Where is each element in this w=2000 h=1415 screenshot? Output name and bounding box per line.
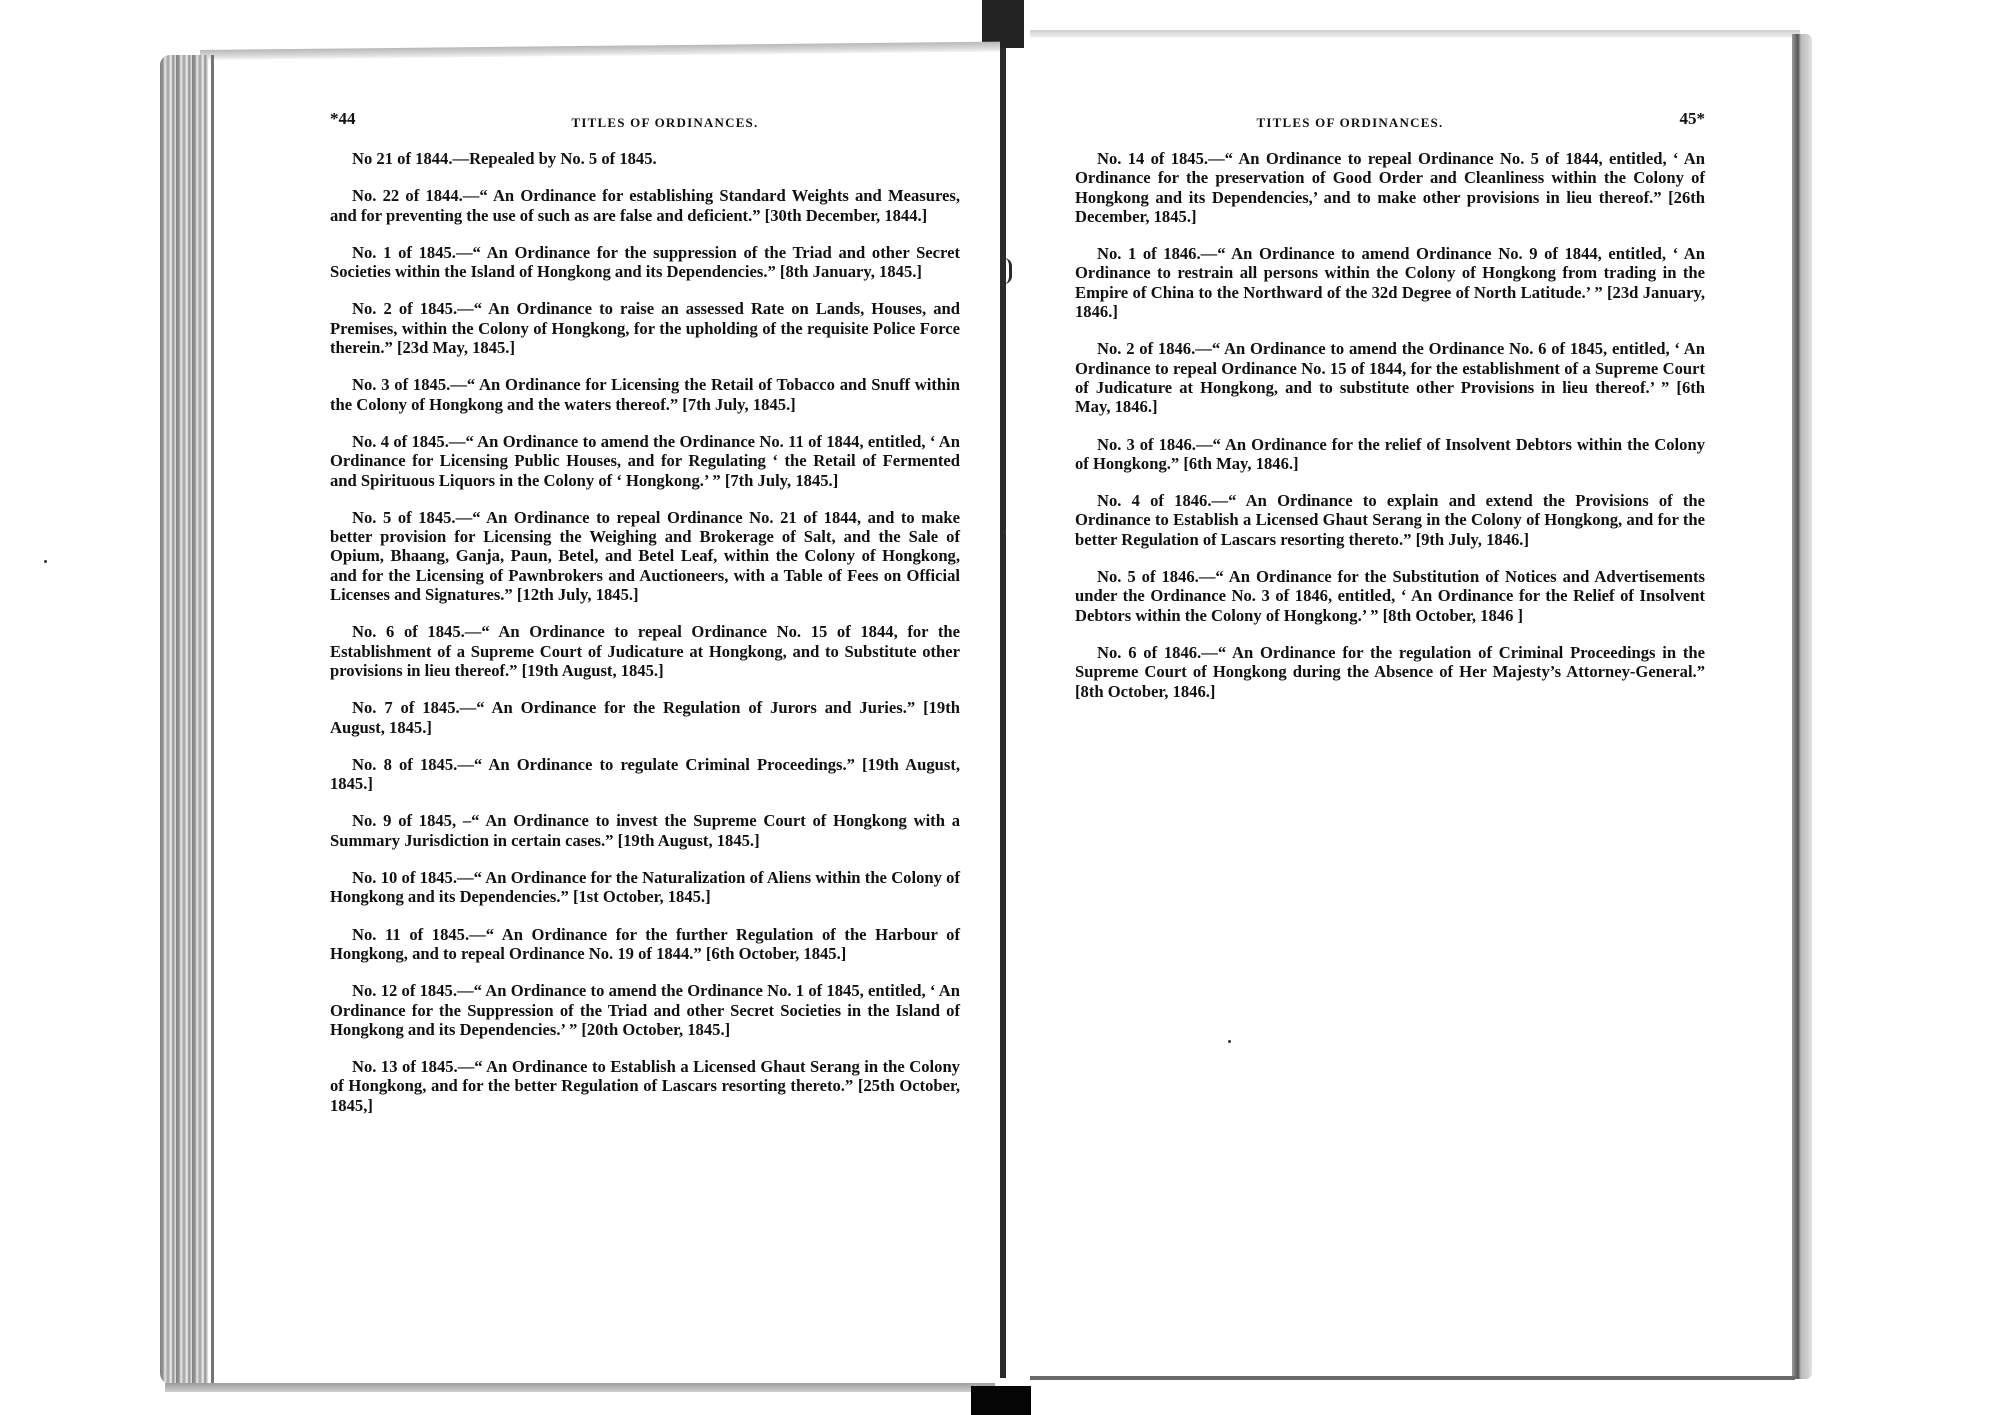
ordinance-number: No. 14 of 1845. (1097, 149, 1208, 168)
ordinance-entry: No 21 of 1844.—Repealed by No. 5 of 1845… (330, 149, 960, 168)
page-number: 45* (1680, 109, 1706, 128)
ordinance-entry: No. 2 of 1846.—“ An Ordinance to amend t… (1075, 339, 1705, 416)
ordinance-entry: No. 1 of 1846.—“ An Ordinance to amend O… (1075, 244, 1705, 321)
ordinance-number: No. 1 of 1846. (1097, 244, 1201, 263)
ordinance-number: No. 7 of 1845. (352, 698, 460, 717)
ordinance-entry: No. 4 of 1845.—“ An Ordinance to amend t… (330, 432, 960, 490)
ordinance-list: No. 14 of 1845.—“ An Ordinance to repeal… (1075, 149, 1705, 701)
ordinance-entry: No. 9 of 1845, –“ An Ordinance to invest… (330, 811, 960, 850)
ordinance-number: No. 5 of 1845. (352, 508, 456, 527)
ordinance-number: No. 2 of 1845. (352, 299, 457, 318)
ordinance-title: —Repealed by No. 5 of 1845. (452, 149, 656, 168)
right-page-stack-edge (1792, 34, 1812, 1379)
left-running-head: *44 TITLES OF ORDINANCES. (330, 105, 960, 135)
ordinance-entry: No. 5 of 1846.—“ An Ordinance for the Su… (1075, 567, 1705, 625)
ordinance-number: No. 8 of 1845. (352, 755, 457, 774)
ordinance-entry: No. 6 of 1845.—“ An Ordinance to repeal … (330, 622, 960, 680)
book-gutter (1000, 48, 1006, 1378)
ordinance-entry: No. 4 of 1846.—“ An Ordinance to explain… (1075, 491, 1705, 549)
right-page-bottom-edge (1030, 1376, 1795, 1380)
ordinance-entry: No. 7 of 1845.—“ An Ordinance for the Re… (330, 698, 960, 737)
ordinance-entry: No. 2 of 1845.—“ An Ordinance to raise a… (330, 299, 960, 357)
left-page-stack-edge (160, 55, 208, 1385)
ordinance-number: No. 5 of 1846. (1097, 567, 1199, 586)
right-page-top-edge (1030, 30, 1800, 38)
ordinance-list: No 21 of 1844.—Repealed by No. 5 of 1845… (330, 149, 960, 1115)
ordinance-entry: No. 10 of 1845.—“ An Ordinance for the N… (330, 868, 960, 907)
right-running-head: TITLES OF ORDINANCES. 45* (1075, 105, 1705, 135)
ordinance-number: No. 9 of 1845, (352, 811, 456, 830)
ordinance-number: No. 22 of 1844. (352, 186, 463, 205)
ordinance-entry: No. 13 of 1845.—“ An Ordinance to Establ… (330, 1057, 960, 1115)
ordinance-number: No. 4 of 1845. (352, 432, 449, 451)
running-title: TITLES OF ORDINANCES. (330, 113, 960, 132)
ordinance-entry: No. 1 of 1845.—“ An Ordinance for the su… (330, 243, 960, 282)
ordinance-entry: No. 6 of 1846.—“ An Ordinance for the re… (1075, 643, 1705, 701)
ordinance-number: No 21 of 1844. (352, 149, 452, 168)
right-page: TITLES OF ORDINANCES. 45* No. 14 of 1845… (1075, 105, 1705, 719)
ordinance-number: No. 13 of 1845. (352, 1057, 458, 1076)
ordinance-entry: No. 3 of 1845.—“ An Ordinance for Licens… (330, 375, 960, 414)
ordinance-number: No. 12 of 1845. (352, 981, 457, 1000)
ordinance-number: No. 6 of 1845. (352, 622, 465, 641)
ordinance-number: No. 1 of 1845. (352, 243, 456, 262)
ordinance-entry: No. 11 of 1845.—“ An Ordinance for the f… (330, 925, 960, 964)
ordinance-number: No. 3 of 1846. (1097, 435, 1196, 454)
ordinance-entry: No. 12 of 1845.—“ An Ordinance to amend … (330, 981, 960, 1039)
left-page: *44 TITLES OF ORDINANCES. No 21 of 1844.… (330, 105, 960, 1133)
left-page-top-edge (200, 42, 1000, 60)
left-page-bottom-edge (165, 1383, 995, 1392)
ordinance-entry: No. 14 of 1845.—“ An Ordinance to repeal… (1075, 149, 1705, 226)
ordinance-entry: No. 8 of 1845.—“ An Ordinance to regulat… (330, 755, 960, 794)
ordinance-entry: No. 3 of 1846.—“ An Ordinance for the re… (1075, 435, 1705, 474)
running-title: TITLES OF ORDINANCES. (1075, 113, 1705, 132)
ordinance-number: No. 6 of 1846. (1097, 643, 1201, 662)
scan-speck (1003, 530, 1006, 533)
book-spread: *44 TITLES OF ORDINANCES. No 21 of 1844.… (0, 0, 2000, 1415)
scan-speck (44, 560, 47, 563)
spine-bottom-marker (971, 1386, 1031, 1415)
ordinance-number: No. 11 of 1845. (352, 925, 469, 944)
ordinance-entry: No. 5 of 1845.—“ An Ordinance to repeal … (330, 508, 960, 604)
ordinance-number: No. 10 of 1845. (352, 868, 457, 887)
scan-speck (1228, 1040, 1231, 1043)
ordinance-entry: No. 22 of 1844.—“ An Ordinance for estab… (330, 186, 960, 225)
ordinance-number: No. 4 of 1846. (1097, 491, 1211, 510)
ordinance-number: No. 3 of 1845. (352, 375, 450, 394)
ordinance-number: No. 2 of 1846. (1097, 339, 1195, 358)
